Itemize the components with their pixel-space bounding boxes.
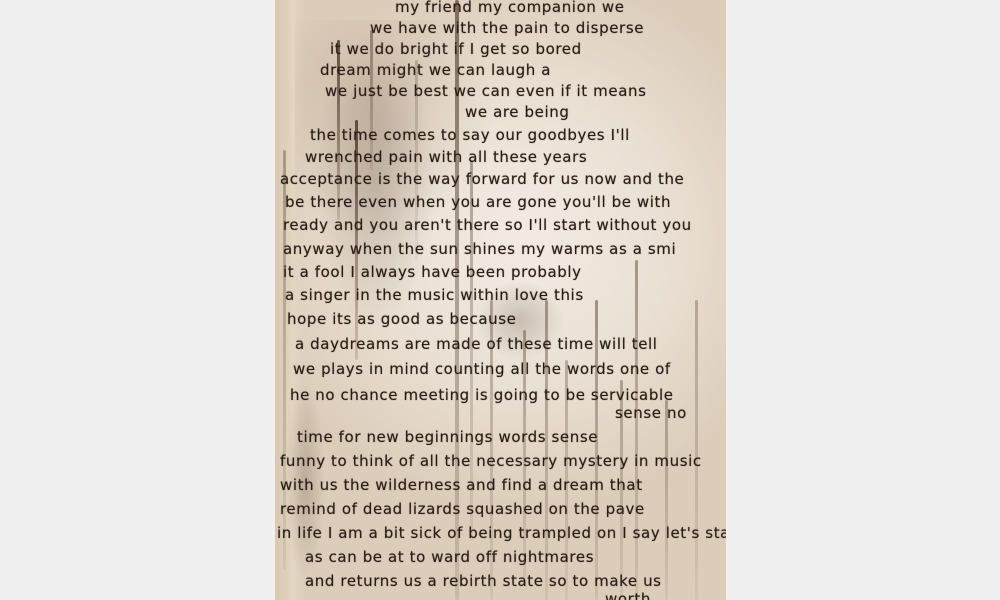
text-line: with us the wilderness and find a dream … <box>280 476 643 494</box>
text-line: ready and you aren't there so I'll start… <box>283 216 692 234</box>
text-line: time for new beginnings words sense <box>297 428 598 446</box>
text-line: it we do bright if I get so bored <box>330 40 582 58</box>
text-line: funny to think of all the necessary myst… <box>280 452 702 470</box>
text-line: my friend my companion we <box>395 0 625 16</box>
handwritten-text: my friend my companion we we have with t… <box>275 0 726 600</box>
text-line: dream might we can laugh a <box>320 61 551 79</box>
text-line: remind of dead lizards squashed on the p… <box>280 500 645 518</box>
text-line: wrenched pain with all these years <box>305 148 587 166</box>
text-line: as can be at to ward off nightmares <box>305 548 594 566</box>
text-line: in life I am a bit sick of being trample… <box>277 524 726 542</box>
text-line: and returns us a rebirth state so to mak… <box>305 572 662 590</box>
text-line: we just be best we can even if it means <box>325 82 647 100</box>
text-line: anyway when the sun shines my warms as a… <box>283 240 676 258</box>
text-line: we have with the pain to disperse <box>370 19 644 37</box>
text-line: he no chance meeting is going to be serv… <box>290 386 674 404</box>
text-line: a singer in the music within love this <box>285 286 584 304</box>
artwork-photo: my friend my companion we we have with t… <box>275 0 726 600</box>
text-line: worth <box>605 590 651 600</box>
text-line: it a fool I always have been probably <box>283 263 582 281</box>
text-line: be there even when you are gone you'll b… <box>285 193 671 211</box>
text-line: hope its as good as because <box>287 310 517 328</box>
text-line: acceptance is the way forward for us now… <box>280 170 684 188</box>
text-line: a daydreams are made of these time will … <box>295 335 658 353</box>
text-line: we plays in mind counting all the words … <box>293 360 671 378</box>
text-line: we are being <box>465 103 569 121</box>
text-line: the time comes to say our goodbyes I'll <box>310 126 630 144</box>
text-line: sense no <box>615 404 687 422</box>
